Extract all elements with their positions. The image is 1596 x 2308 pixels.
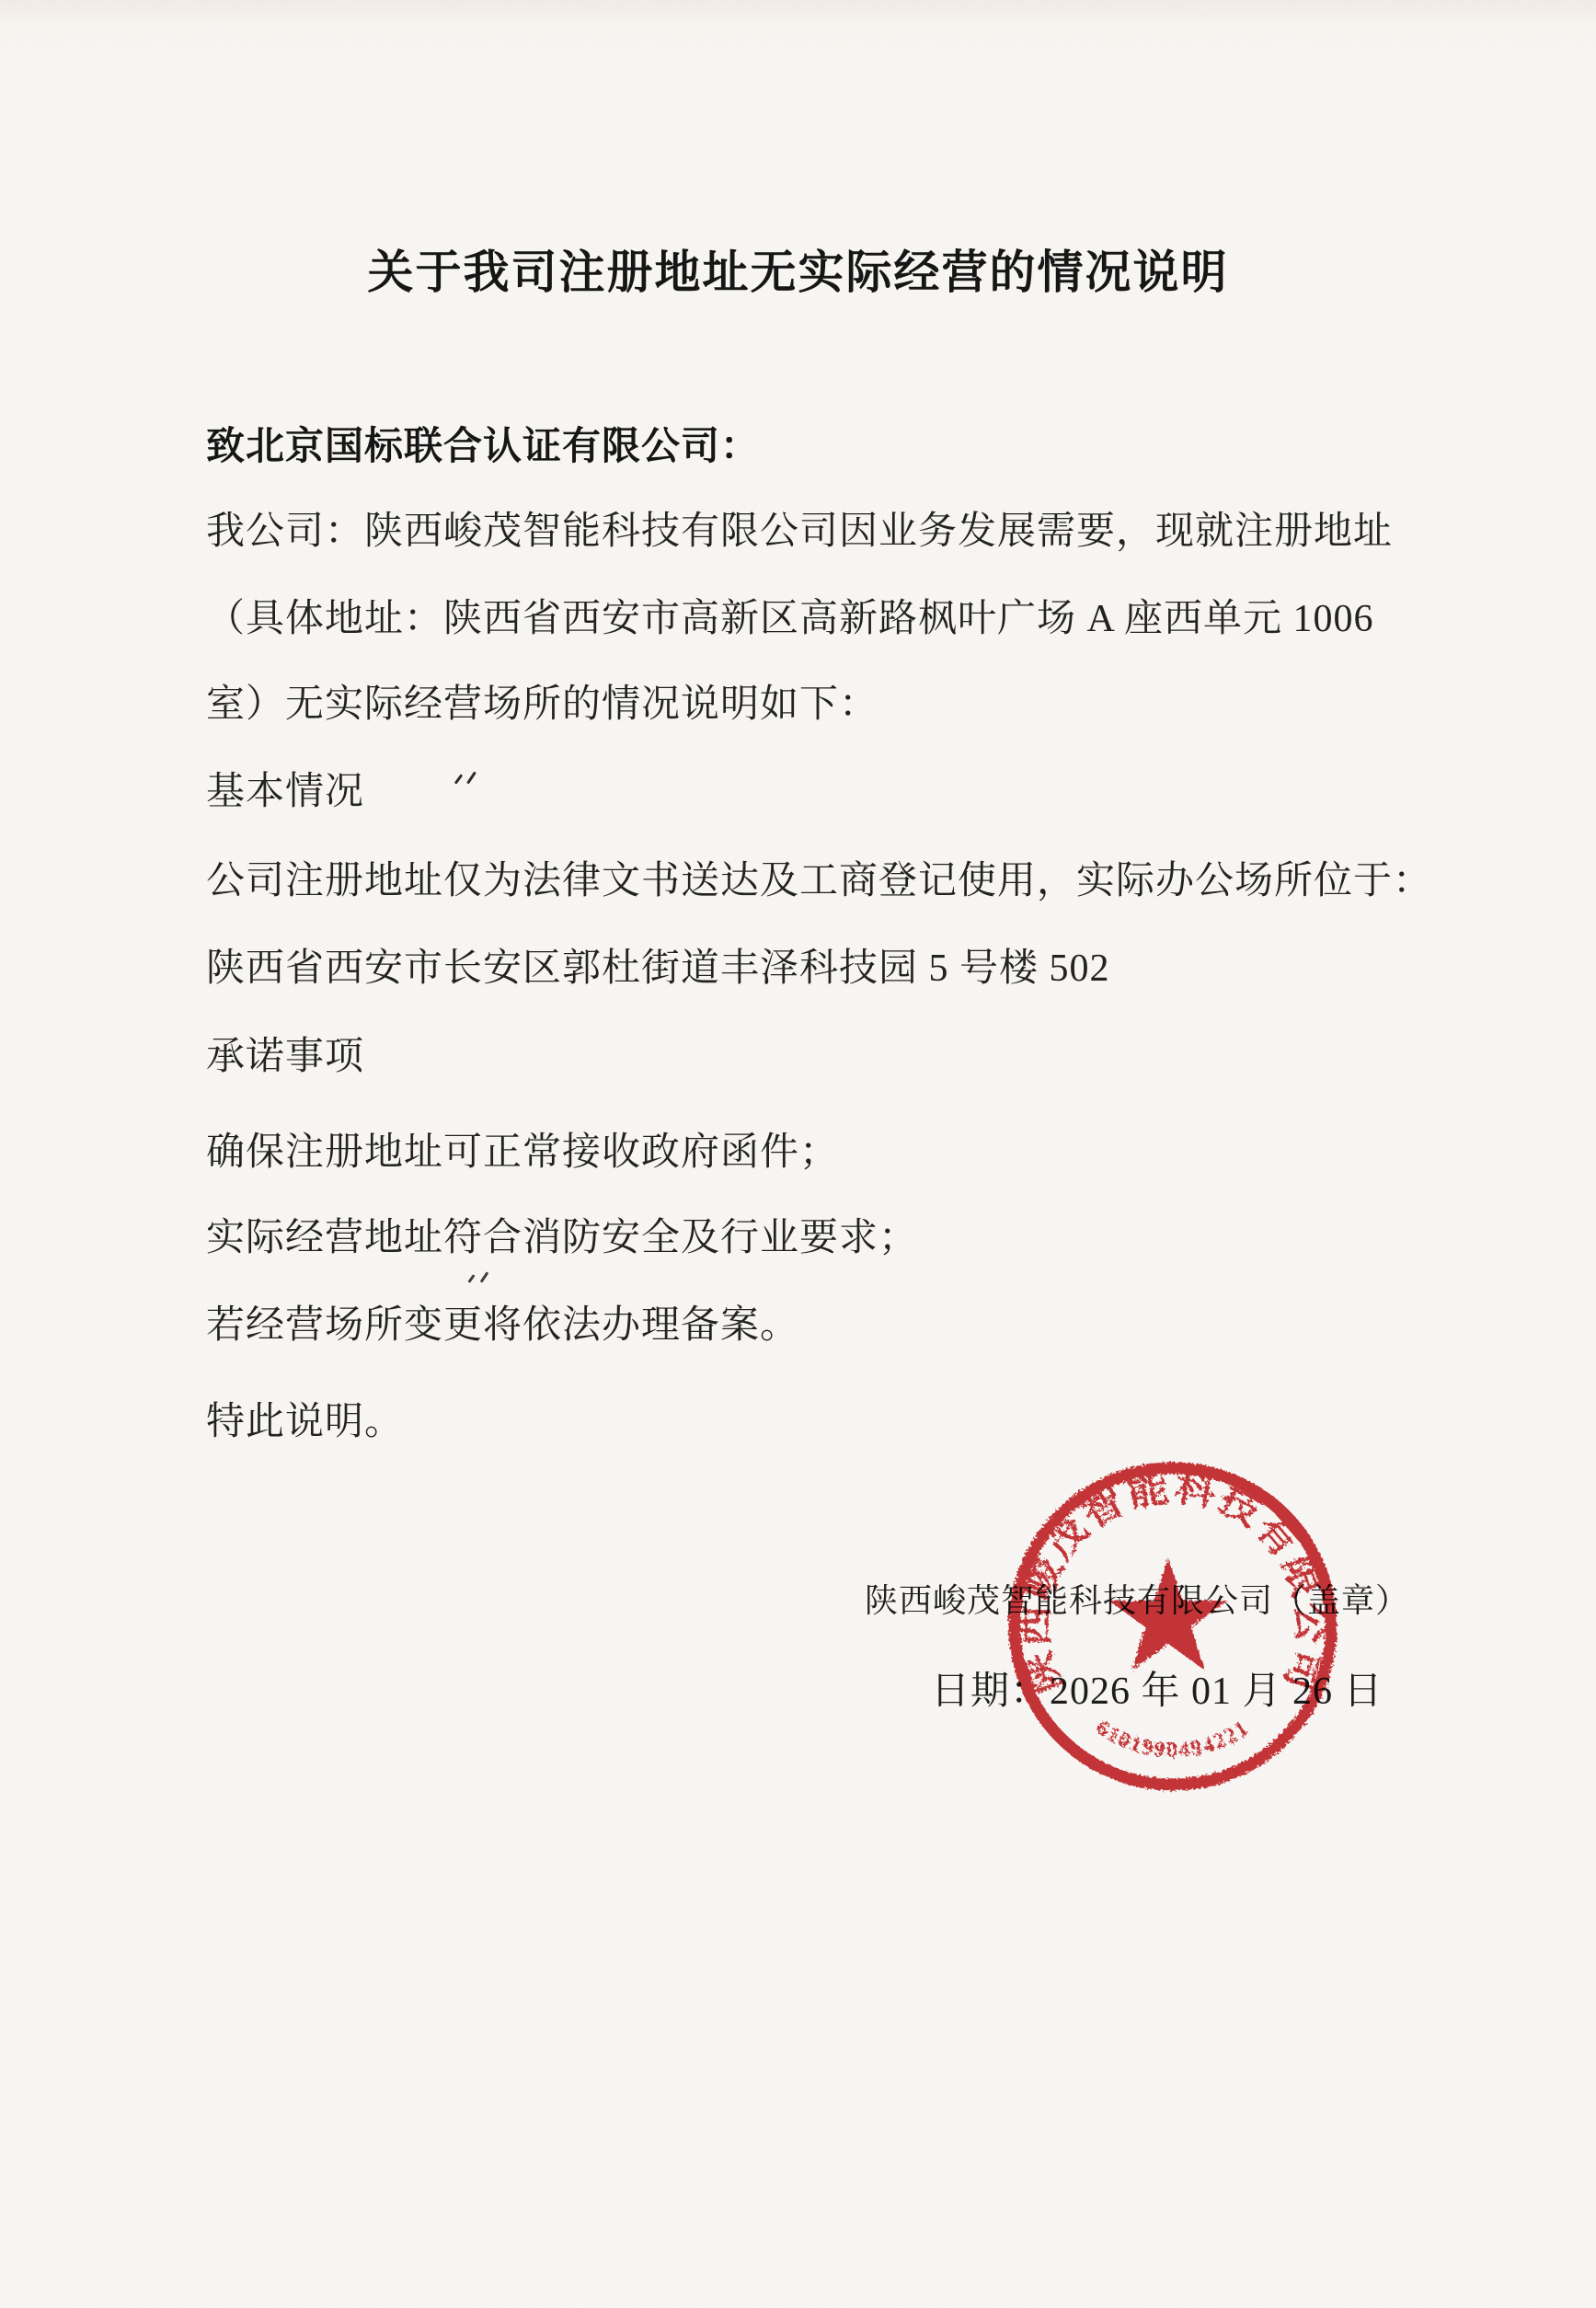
closing-line: 特此说明。 <box>206 1403 404 1441</box>
body-line-registered-address: （具体地址：陕西省西安市高新区高新路枫叶广场 A 座西单元 1006 <box>206 600 1374 638</box>
seal-number-arc-text: 6101990494221 <box>1091 1716 1254 1763</box>
body-line-company-intro: 我公司：陕西峻茂智能科技有限公司因业务发展需要，现就注册地址 <box>206 512 1393 551</box>
body-line-registration-use: 公司注册地址仅为法律文书送达及工商登记使用，实际办公场所位于： <box>206 862 1432 901</box>
body-line-actual-office: 陕西省西安市长安区郭杜街道丰泽科技园 5 号楼 502 <box>206 949 1110 988</box>
scanned-letter-page: 关于我司注册地址无实际经营的情况说明 致北京国标联合认证有限公司： 我公司：陕西… <box>0 0 1596 2308</box>
scan-edge-tint <box>0 0 1596 28</box>
stray-ink-mark <box>470 1271 492 1290</box>
section-commitments: 承诺事项 <box>206 1038 364 1076</box>
body-line-address-cont: 室）无实际经营场所的情况说明如下： <box>206 685 878 724</box>
signature-date-line: 日期：2026 年 01 月 26 日 <box>931 1660 1384 1716</box>
section-basic-info: 基本情况 <box>206 773 364 811</box>
commitment-line-1: 确保注册地址可正常接收政府函件； <box>206 1133 839 1172</box>
stray-ink-mark <box>457 771 481 791</box>
signature-company-line: 陕西峻茂智能科技有限公司（盖章） <box>865 1575 1409 1622</box>
document-title: 关于我司注册地址无实际经营的情况说明 <box>0 235 1596 302</box>
company-seal-stamp: 陕西峻茂智能科技有限公司 6101990494221 <box>998 1452 1348 1801</box>
commitment-line-3: 若经营场所变更将依法办理备案。 <box>206 1306 799 1345</box>
seal-outer-ring <box>1015 1468 1331 1785</box>
commitment-line-2: 实际经营地址符合消防安全及行业要求； <box>206 1219 918 1257</box>
salutation-line: 致北京国标联合认证有限公司： <box>206 428 760 466</box>
